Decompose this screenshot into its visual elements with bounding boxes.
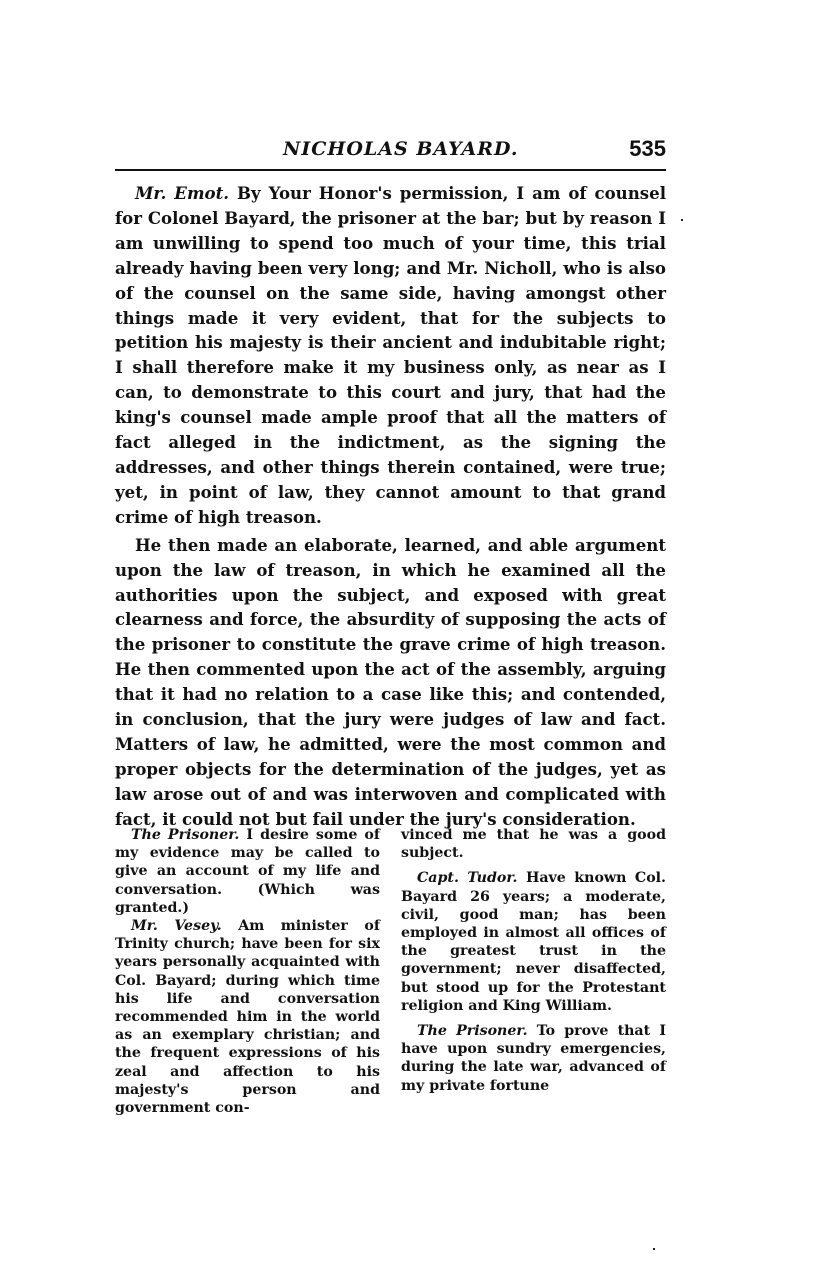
speaker-name: Capt. Tudor.: [417, 870, 517, 886]
running-header: NICHOLAS BAYARD. 535: [115, 134, 666, 164]
scan-speck: [653, 1248, 655, 1250]
speaker-name: Mr. Emot.: [135, 183, 229, 203]
paragraph-text: vinced me that he was a good subject.: [401, 827, 666, 861]
speaker-name: The Prisoner.: [417, 1023, 528, 1039]
paragraph-text: He then made an elaborate, learned, and …: [115, 535, 666, 829]
paragraph-text: By Your Honor's permission, I am of coun…: [115, 183, 666, 527]
paragraph-vesey-continued: vinced me that he was a good subject.: [401, 826, 666, 862]
paragraph-tudor: Capt. Tudor. Have known Col. Bayard 26 y…: [401, 869, 666, 1015]
paragraph-emot: Mr. Emot. By Your Honor's permission, I …: [115, 181, 666, 530]
paragraph-vesey: Mr. Vesey. Am minister of Trinity church…: [115, 917, 380, 1117]
page-number: 535: [629, 134, 666, 164]
left-column: The Prisoner. I desire some of my eviden…: [115, 826, 380, 1117]
scan-speck: [598, 495, 600, 497]
paragraph-text: Have known Col. Bayard 26 years; a moder…: [401, 870, 666, 1013]
speaker-name: The Prisoner.: [131, 827, 239, 843]
paragraph-prisoner-request: The Prisoner. I desire some of my eviden…: [115, 826, 380, 917]
scan-speck: [681, 219, 683, 221]
main-text-block: Mr. Emot. By Your Honor's permission, I …: [115, 181, 666, 832]
header-rule: [115, 169, 666, 171]
right-column: vinced me that he was a good subject. Ca…: [401, 826, 666, 1095]
paragraph-argument: He then made an elaborate, learned, and …: [115, 533, 666, 832]
running-title: NICHOLAS BAYARD.: [283, 134, 518, 164]
book-page: NICHOLAS BAYARD. 535 Mr. Emot. By Your H…: [0, 0, 836, 1284]
paragraph-prisoner-fortune: The Prisoner. To prove that I have upon …: [401, 1022, 666, 1095]
paragraph-text: Am minister of Trinity church; have been…: [115, 918, 380, 1116]
speaker-name: Mr. Vesey.: [131, 918, 222, 934]
